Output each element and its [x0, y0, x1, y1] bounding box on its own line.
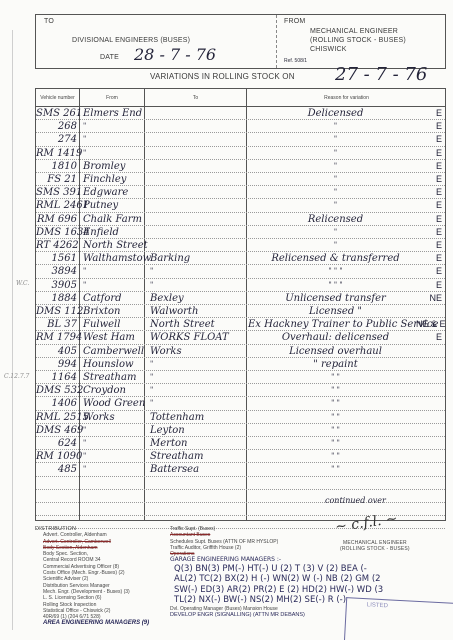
area-managers-note: AREA ENGINEERING MANAGERS (9) — [35, 620, 165, 626]
reason-cell: " " — [248, 397, 423, 409]
document-title: VARIATIONS IN ROLLING STOCK ON — [150, 72, 295, 81]
garage-codes-line: SW(-) ED(3) AR(2) PR(2) E (2) HD(2) HW(-… — [170, 585, 450, 596]
from-cell: " — [81, 450, 144, 462]
distribution-items: Advert. Controller, AldenhamAdvert. Cont… — [35, 532, 165, 620]
received-stamp: LISTED — [344, 597, 453, 640]
vehicle-number-cell: 1406 — [36, 397, 79, 409]
memo-header: TO DIVISIONAL ENGINEERS (BUSES) DATE 28 … — [35, 14, 446, 69]
to-cell — [146, 147, 246, 159]
reason-cell: Licensed overhaul — [248, 345, 423, 357]
to-cell: Leyton — [146, 424, 246, 436]
to-cell — [146, 120, 246, 132]
vehicle-number-cell: RM 1794 — [36, 331, 79, 343]
code-cell: NE & E — [416, 318, 445, 330]
code-cell: E — [416, 331, 445, 343]
to-cell — [146, 503, 246, 515]
code-cell — [416, 424, 445, 436]
code-cell — [416, 411, 445, 423]
reason-cell: " " " — [248, 265, 423, 277]
to-cell: Works — [146, 345, 246, 357]
vehicle-number-cell: 405 — [36, 345, 79, 357]
vehicle-number-cell: 3905 — [36, 279, 79, 291]
from-line: (ROLLING STOCK - BUSES) — [310, 36, 406, 45]
code-cell: E — [416, 239, 445, 251]
from-cell — [81, 503, 144, 515]
reason-cell — [248, 477, 423, 489]
code-cell — [416, 490, 445, 502]
reason-cell: " " — [248, 463, 423, 475]
table-row: 274""E — [36, 133, 445, 146]
code-cell — [416, 345, 445, 357]
table-row: DMS 532Croydon"" " — [36, 384, 445, 397]
code-cell: E — [416, 252, 445, 264]
reason-cell: " — [248, 199, 423, 211]
reason-cell: Delicensed — [248, 107, 423, 119]
reason-cell: " " — [248, 411, 423, 423]
to-cell: " — [146, 397, 246, 409]
from-cell: Wood Green — [81, 397, 144, 409]
vehicle-number-cell: DMS 532 — [36, 384, 79, 396]
to-cell: " — [146, 265, 246, 277]
code-cell — [416, 503, 445, 515]
column-header-from: From — [80, 89, 144, 107]
from-cell: Putney — [81, 199, 144, 211]
reason-cell: " — [248, 160, 423, 172]
variations-date: 27 - 7 - 76 — [335, 64, 427, 85]
table-row: 1406Wood Green"" " — [36, 397, 445, 410]
vehicle-number-cell: 1164 — [36, 371, 79, 383]
table-row: RML 2461Putney"E — [36, 199, 445, 212]
from-sender: MECHANICAL ENGINEER (ROLLING STOCK - BUS… — [310, 27, 406, 54]
reason-cell: " " — [248, 384, 423, 396]
reason-cell: " " — [248, 437, 423, 449]
to-recipient: DIVISIONAL ENGINEERS (BUSES) — [72, 37, 190, 44]
left-margin-line — [12, 30, 13, 630]
from-cell: Elmers End — [81, 107, 144, 119]
vehicle-number-cell: 1810 — [36, 160, 79, 172]
to-cell: " — [146, 371, 246, 383]
vehicle-number-cell — [36, 503, 79, 515]
to-cell: Battersea — [146, 463, 246, 475]
to-cell — [146, 213, 246, 225]
memo-date: 28 - 7 - 76 — [134, 45, 216, 64]
code-cell: E — [416, 199, 445, 211]
vehicle-number-cell: SMS 391 — [36, 186, 79, 198]
from-cell: Catford — [81, 292, 144, 304]
from-line: CHISWICK — [310, 45, 406, 54]
table-row: DMS 469"Leyton" " — [36, 424, 445, 437]
to-cell — [146, 226, 246, 238]
date-label: DATE — [100, 54, 119, 61]
from-cell: North Street — [81, 239, 144, 251]
to-cell: Barking — [146, 252, 246, 264]
table-row: 1164Streatham"" " — [36, 371, 445, 384]
reason-cell: Relicensed — [248, 213, 423, 225]
code-cell — [416, 305, 445, 317]
from-cell: Fulwell — [81, 318, 144, 330]
to-cell — [146, 186, 246, 198]
margin-note: C.12.7.7 — [4, 373, 29, 380]
to-cell — [146, 173, 246, 185]
from-label: FROM — [284, 18, 305, 25]
code-cell: E — [416, 213, 445, 225]
vehicle-number-cell: DMS 469 — [36, 424, 79, 436]
vehicle-number-cell: 268 — [36, 120, 79, 132]
to-cell — [146, 490, 246, 502]
reason-cell: " — [248, 173, 423, 185]
vehicle-number-cell: SMS 261 — [36, 107, 79, 119]
vehicle-number-cell: RM 696 — [36, 213, 79, 225]
table-row: SMS 261Elmers EndDelicensedE — [36, 107, 445, 120]
reference-number: Ref. 508/1 — [284, 58, 307, 64]
to-cell: Streatham — [146, 450, 246, 462]
header-divider — [276, 15, 277, 68]
table-row: RT 4262North Street"E — [36, 239, 445, 252]
code-cell: NE — [416, 292, 445, 304]
code-cell: E — [416, 173, 445, 185]
to-cell — [146, 239, 246, 251]
vehicle-number-cell: BL 37 — [36, 318, 79, 330]
from-cell: Enfield — [81, 226, 144, 238]
from-cell: " — [81, 437, 144, 449]
reason-cell: Unlicensed transfer — [248, 292, 423, 304]
margin-note: W.C. — [16, 280, 29, 287]
to-cell: " — [146, 384, 246, 396]
reason-cell: " — [248, 120, 423, 132]
from-cell: Brixton — [81, 305, 144, 317]
table-row: RM 1419""E — [36, 147, 445, 160]
table-row: 624"Merton" " — [36, 437, 445, 450]
garage-codes-line: Q(3) BN(3) PM(-) HT(-) U (2) T (3) V (2)… — [170, 564, 450, 575]
from-cell: " — [81, 279, 144, 291]
code-cell: E — [416, 186, 445, 198]
reason-cell: " " — [248, 450, 423, 462]
reason-cell: " " " — [248, 279, 423, 291]
from-cell: West Ham — [81, 331, 144, 343]
table-row: RM 1794West HamWORKS FLOATOverhaul: deli… — [36, 331, 445, 344]
vehicle-number-cell: FS 21 — [36, 173, 79, 185]
to-cell — [146, 160, 246, 172]
table-row: DMS 1634Enfield"E — [36, 226, 445, 239]
table-row: 485"Battersea" " — [36, 463, 445, 476]
from-cell: " — [81, 133, 144, 145]
code-cell — [416, 450, 445, 462]
vehicle-number-cell: 994 — [36, 358, 79, 370]
from-cell: " — [81, 424, 144, 436]
to-cell — [146, 199, 246, 211]
column-header-to: To — [145, 89, 246, 107]
code-cell: E — [416, 133, 445, 145]
code-cell — [416, 371, 445, 383]
to-label: TO — [44, 18, 54, 25]
vehicle-number-cell: 1561 — [36, 252, 79, 264]
vehicle-number-cell: 3894 — [36, 265, 79, 277]
to-cell: Tottenham — [146, 411, 246, 423]
table-row: 1884CatfordBexleyUnlicensed transferNE — [36, 292, 445, 305]
distribution-list: DISTRIBUTION Advert. Controller, Aldenha… — [35, 526, 165, 627]
column-header-vehicle: Vehicle number — [36, 89, 79, 107]
vehicle-number-cell: 274 — [36, 133, 79, 145]
reason-cell: " — [248, 186, 423, 198]
table-row: 3905""" " "E — [36, 279, 445, 292]
vehicle-number-cell: RM 1419 — [36, 147, 79, 159]
table-row: FS 21Finchley"E — [36, 173, 445, 186]
table-row: RML 2515WorksTottenham" " — [36, 411, 445, 424]
reason-cell: " repaint — [248, 358, 423, 370]
to-cell: " — [146, 279, 246, 291]
code-cell: E — [416, 265, 445, 277]
to-cell — [146, 133, 246, 145]
code-cell: E — [416, 120, 445, 132]
continued-note: continued over — [325, 496, 386, 505]
from-cell: " — [81, 463, 144, 475]
from-cell: Finchley — [81, 173, 144, 185]
vehicle-number-cell: RM 1090 — [36, 450, 79, 462]
table-row: RM 696Chalk FarmRelicensedE — [36, 213, 445, 226]
stamp-text: LISTED — [367, 602, 388, 609]
column-header-reason: Reason for variation — [247, 89, 446, 107]
reason-cell: Relicensed & transferred — [248, 252, 423, 264]
reason-cell: Licensed " — [248, 305, 423, 317]
code-cell — [416, 358, 445, 370]
code-cell: E — [416, 160, 445, 172]
table-row: 1810Bromley"E — [36, 160, 445, 173]
code-cell — [416, 463, 445, 475]
code-cell — [416, 397, 445, 409]
to-cell — [146, 477, 246, 489]
to-cell: WORKS FLOAT — [146, 331, 246, 343]
to-cell: " — [146, 358, 246, 370]
vehicle-number-cell: 624 — [36, 437, 79, 449]
table-row: RM 1090"Streatham" " — [36, 450, 445, 463]
code-cell — [416, 437, 445, 449]
reason-cell: " " — [248, 424, 423, 436]
from-cell: " — [81, 265, 144, 277]
reason-cell: " — [248, 226, 423, 238]
to-cell — [146, 107, 246, 119]
vehicle-number-cell: RT 4262 — [36, 239, 79, 251]
table-row: 405CamberwellWorksLicensed overhaul — [36, 345, 445, 358]
from-cell: Streatham — [81, 371, 144, 383]
table-row: DMS 112BrixtonWalworthLicensed " — [36, 305, 445, 318]
vehicle-number-cell: DMS 112 — [36, 305, 79, 317]
to-cell: Walworth — [146, 305, 246, 317]
vehicle-number-cell — [36, 477, 79, 489]
table-row: 268""E — [36, 120, 445, 133]
from-cell: Bromley — [81, 160, 144, 172]
code-cell: E — [416, 226, 445, 238]
table-row: 1561WalthamstowBarkingRelicensed & trans… — [36, 252, 445, 265]
code-cell — [416, 384, 445, 396]
vehicle-number-cell: RML 2461 — [36, 199, 79, 211]
to-cell: Merton — [146, 437, 246, 449]
from-cell: Hounslow — [81, 358, 144, 370]
table-row: BL 37FulwellNorth StreetEx Hackney Train… — [36, 318, 445, 331]
table-row: SMS 391Edgware"E — [36, 186, 445, 199]
reason-cell: Ex Hackney Trainer to Public Service — [248, 318, 423, 330]
reason-cell: " — [248, 239, 423, 251]
table-row: 3894""" " "E — [36, 265, 445, 278]
vehicle-number-cell: DMS 1634 — [36, 226, 79, 238]
to-cell: North Street — [146, 318, 246, 330]
table-row: 994Hounslow"" repaint — [36, 358, 445, 371]
from-line: MECHANICAL ENGINEER — [310, 27, 406, 36]
from-cell — [81, 490, 144, 502]
table-header: Vehicle number From To Reason for variat… — [36, 89, 445, 107]
reason-cell: Overhaul: delicensed — [248, 331, 423, 343]
signature-title-line: (ROLLING STOCK - BUSES) — [340, 546, 410, 552]
variations-table: Vehicle number From To Reason for variat… — [35, 88, 446, 521]
vehicle-number-cell: 485 — [36, 463, 79, 475]
to-cell: Bexley — [146, 292, 246, 304]
reason-cell: " " — [248, 371, 423, 383]
vehicle-number-cell: RML 2515 — [36, 411, 79, 423]
signature-title: MECHANICAL ENGINEER (ROLLING STOCK - BUS… — [340, 540, 410, 552]
from-cell: " — [81, 147, 144, 159]
code-cell: E — [416, 107, 445, 119]
table-row — [36, 477, 445, 490]
from-cell: Chalk Farm — [81, 213, 144, 225]
garage-codes-line: AL(2) TC(2) BX(2) H (-) WN(2) W (-) NB (… — [170, 574, 450, 585]
reason-cell: " — [248, 147, 423, 159]
code-cell: E — [416, 147, 445, 159]
from-cell: Edgware — [81, 186, 144, 198]
from-cell: Walthamstow — [81, 252, 144, 264]
from-cell — [81, 477, 144, 489]
from-cell: " — [81, 120, 144, 132]
code-cell: E — [416, 279, 445, 291]
vehicle-number-cell — [36, 490, 79, 502]
vehicle-number-cell: 1884 — [36, 292, 79, 304]
from-cell: Croydon — [81, 384, 144, 396]
from-cell: Camberwell — [81, 345, 144, 357]
from-cell: Works — [81, 411, 144, 423]
reason-cell: " — [248, 133, 423, 145]
code-cell — [416, 477, 445, 489]
